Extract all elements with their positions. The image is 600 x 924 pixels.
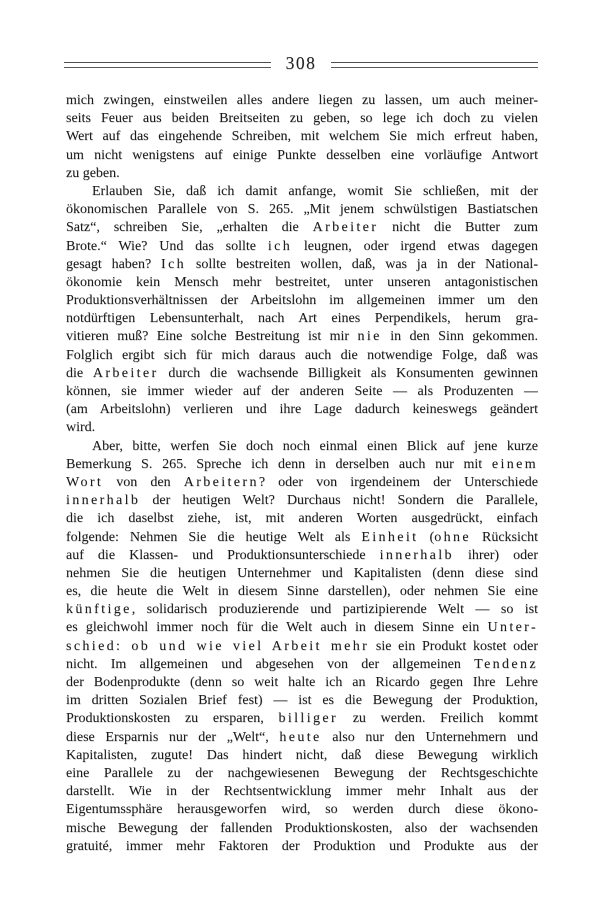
- text-segment: folgende: Nehmen Sie die heutige Welt al…: [66, 530, 361, 545]
- letterspaced-text: Einheit: [361, 530, 418, 545]
- text-segment: Folglich ergibt sich für mich daraus auc…: [66, 348, 538, 363]
- book-page: 308 mich zwingen, einstweilen alles ande…: [0, 0, 600, 924]
- text-segment: ökonomie kein Mensch mehr bestreitet, un…: [66, 275, 538, 290]
- text-segment: der heutigen Welt? Durchaus nicht! Sonde…: [140, 493, 538, 508]
- text-segment: es, die heute die Welt in diesem Sinne d…: [66, 584, 538, 599]
- text-line: mische Bewegung der fallenden Produktion…: [66, 820, 538, 838]
- letterspaced-text: schied: ob und wie viel Arbeit mehr: [66, 639, 369, 654]
- text-line: Kapitalisten, zugute! Das hindert nicht,…: [66, 747, 538, 765]
- text-line: mich zwingen, einstweilen alles andere l…: [66, 92, 538, 110]
- letterspaced-text: Wort: [66, 475, 103, 490]
- text-segment: ? oder von irgendeinem der Unterschiede: [259, 475, 538, 490]
- paragraph: Aber, bitte, werfen Sie doch noch einmal…: [66, 438, 538, 856]
- letterspaced-text: einem: [492, 457, 538, 472]
- text-line: es gleichwohl immer noch für die Welt au…: [66, 619, 538, 637]
- text-line: diese Ersparnis nur der „Welt“, heute al…: [66, 729, 538, 747]
- text-segment: in den Sinn gekommen.: [382, 329, 538, 344]
- text-segment: nehmen Sie die heutigen Unternehmer und …: [66, 566, 538, 581]
- letterspaced-text: künftige: [66, 602, 132, 617]
- letterspaced-text: heute: [279, 730, 321, 745]
- text-segment: Satz“, schreiben Sie, „erhalten die: [66, 220, 313, 235]
- text-segment: Rücksicht: [471, 530, 538, 545]
- text-line: schied: ob und wie viel Arbeit mehr sie …: [66, 638, 538, 656]
- text-segment: seits Feuer aus beiden Breitseiten zu ge…: [66, 111, 538, 126]
- text-line: die Arbeiter durch die wachsende Billigk…: [66, 365, 538, 383]
- text-line: um nicht wenigstens auf einige Punkte de…: [66, 147, 538, 165]
- text-segment: Produktionskosten zu ersparen,: [66, 711, 279, 726]
- letterspaced-text: ohne: [434, 530, 471, 545]
- text-segment: diese Ersparnis nur der „Welt“,: [66, 730, 279, 745]
- paragraph: mich zwingen, einstweilen alles andere l…: [66, 92, 538, 183]
- text-segment: leugnen, oder irgend etwas dagegen: [292, 239, 538, 254]
- text-segment: zu werden. Freilich kommt: [338, 711, 538, 726]
- letterspaced-text: Arbeitern: [184, 475, 259, 490]
- text-segment: können, sie immer wieder auf der anderen…: [66, 384, 538, 399]
- text-segment: sollte bestreiten wollen, daß, was ja in…: [186, 257, 538, 272]
- letterspaced-text: billiger: [279, 711, 338, 726]
- text-line: eine Parallele zu der nachgewiesenen Bew…: [66, 765, 538, 783]
- text-line: die ich daselbst ziehe, ist, mit anderen…: [66, 510, 538, 528]
- text-line: ökonomischen Parallele von S. 265. „Mit …: [66, 201, 538, 219]
- text-line: es, die heute die Welt in diesem Sinne d…: [66, 583, 538, 601]
- text-segment: zu geben.: [66, 166, 120, 181]
- text-segment: gesagt haben?: [66, 257, 161, 272]
- letterspaced-text: innerhalb: [66, 493, 140, 508]
- text-line: der Bodenprodukte (denn so weit halte ic…: [66, 674, 538, 692]
- text-line: darstellt. Wie in der Rechtsentwicklung …: [66, 783, 538, 801]
- header-rule-left: [64, 62, 271, 68]
- text-segment: Eigentumssphäre herausgeworfen wird, so …: [66, 802, 538, 817]
- letterspaced-text: nie: [358, 329, 382, 344]
- text-line: Satz“, schreiben Sie, „erhalten die Arbe…: [66, 219, 538, 237]
- text-line: vitieren muß? Eine solche Bestreitung is…: [66, 328, 538, 346]
- text-segment: im dritten Sozialen Brief fest) — ist es…: [66, 693, 538, 708]
- text-line: innerhalb der heutigen Welt? Durchaus ni…: [66, 492, 538, 510]
- text-line: Folglich ergibt sich für mich daraus auc…: [66, 347, 538, 365]
- paragraph: Erlauben Sie, daß ich damit anfange, wom…: [66, 183, 538, 438]
- text-segment: Bemerkung S. 265. Spreche ich denn in de…: [66, 457, 492, 472]
- letterspaced-text: Arbeiter: [313, 220, 379, 235]
- text-segment: um nicht wenigstens auf einige Punkte de…: [66, 148, 538, 163]
- text-line: folgende: Nehmen Sie die heutige Welt al…: [66, 529, 538, 547]
- text-segment: (: [418, 530, 434, 545]
- text-line: wird.: [66, 419, 538, 437]
- letterspaced-text: Tendenz: [474, 657, 538, 672]
- text-segment: ihrer) oder: [454, 548, 538, 563]
- text-line: künftige, solidarisch produzierende und …: [66, 601, 538, 619]
- text-line: gratuité, immer mehr Faktoren der Produk…: [66, 838, 538, 856]
- text-line: gesagt haben? Ich sollte bestreiten woll…: [66, 256, 538, 274]
- text-segment: (am Arbeitslohn) verlieren und ihre Lage…: [66, 402, 538, 417]
- text-segment: eine Parallele zu der nachgewiesenen Bew…: [66, 766, 538, 781]
- letterspaced-text: Ich: [161, 257, 186, 272]
- text-line: Eigentumssphäre herausgeworfen wird, so …: [66, 801, 538, 819]
- text-segment: nicht die Butter zum: [378, 220, 538, 235]
- text-line: Produktionsverhältnissen der Arbeitslohn…: [66, 292, 538, 310]
- text-line: im dritten Sozialen Brief fest) — ist es…: [66, 692, 538, 710]
- text-line: notdürftigen Lebensunterhalt, nach Art e…: [66, 310, 538, 328]
- text-line: können, sie immer wieder auf der anderen…: [66, 383, 538, 401]
- text-segment: Brote.“ Wie? Und das sollte: [66, 239, 268, 254]
- text-segment: durch die wachsende Billigkeit als Konsu…: [159, 366, 538, 381]
- text-line: Aber, bitte, werfen Sie doch noch einmal…: [66, 438, 538, 456]
- text-line: Bemerkung S. 265. Spreche ich denn in de…: [66, 456, 538, 474]
- text-segment: es gleichwohl immer noch für die Welt au…: [66, 620, 487, 635]
- text-segment: Erlauben Sie, daß ich damit anfange, wom…: [92, 184, 538, 199]
- letterspaced-text: innerhalb: [380, 548, 454, 563]
- text-line: nehmen Sie die heutigen Unternehmer und …: [66, 565, 538, 583]
- text-segment: also nur den Unternehmern und: [322, 730, 538, 745]
- page-header: 308: [64, 54, 538, 75]
- text-segment: Aber, bitte, werfen Sie doch noch einmal…: [92, 439, 538, 454]
- text-segment: wird.: [66, 420, 95, 435]
- letterspaced-text: Arbeiter: [93, 366, 159, 381]
- text-segment: die: [66, 366, 93, 381]
- text-line: auf die Klassen- und Produktionsuntersch…: [66, 547, 538, 565]
- text-segment: notdürftigen Lebensunterhalt, nach Art e…: [66, 311, 538, 326]
- letterspaced-text: ich: [268, 239, 292, 254]
- letterspaced-text: Unter-: [487, 620, 538, 635]
- text-segment: , solidarisch produzierende und partizip…: [132, 602, 538, 617]
- text-segment: gratuité, immer mehr Faktoren der Produk…: [66, 839, 538, 854]
- text-line: seits Feuer aus beiden Breitseiten zu ge…: [66, 110, 538, 128]
- text-segment: Wert auf das eingehende Schreiben, mit w…: [66, 129, 538, 144]
- text-line: (am Arbeitslohn) verlieren und ihre Lage…: [66, 401, 538, 419]
- text-line: nicht. Im allgemeinen und abgesehen von …: [66, 656, 538, 674]
- text-line: Brote.“ Wie? Und das sollte ich leugnen,…: [66, 238, 538, 256]
- header-rule-right: [331, 62, 538, 68]
- text-segment: auf die Klassen- und Produktionsuntersch…: [66, 548, 380, 563]
- text-line: Wort von den Arbeitern? oder von irgende…: [66, 474, 538, 492]
- text-line: Erlauben Sie, daß ich damit anfange, wom…: [66, 183, 538, 201]
- text-segment: darstellt. Wie in der Rechtsentwicklung …: [66, 784, 538, 799]
- text-segment: mich zwingen, einstweilen alles andere l…: [66, 93, 538, 108]
- text-segment: sie ein Produkt kostet oder: [369, 639, 538, 654]
- text-segment: nicht. Im allgemeinen und abgesehen von …: [66, 657, 474, 672]
- text-segment: die ich daselbst ziehe, ist, mit anderen…: [66, 511, 538, 526]
- page-number: 308: [271, 53, 332, 74]
- text-segment: der Bodenprodukte (denn so weit halte ic…: [66, 675, 538, 690]
- text-segment: vitieren muß? Eine solche Bestreitung is…: [66, 329, 358, 344]
- text-line: Wert auf das eingehende Schreiben, mit w…: [66, 128, 538, 146]
- text-line: ökonomie kein Mensch mehr bestreitet, un…: [66, 274, 538, 292]
- text-line: zu geben.: [66, 165, 538, 183]
- page-body: mich zwingen, einstweilen alles andere l…: [66, 92, 538, 856]
- text-segment: Produktionsverhältnissen der Arbeitslohn…: [66, 293, 538, 308]
- text-segment: ökonomischen Parallele von S. 265. „Mit …: [66, 202, 538, 217]
- text-segment: von den: [103, 475, 184, 490]
- text-line: Produktionskosten zu ersparen, billiger …: [66, 710, 538, 728]
- text-segment: Kapitalisten, zugute! Das hindert nicht,…: [66, 748, 538, 763]
- text-segment: mische Bewegung der fallenden Produktion…: [66, 821, 538, 836]
